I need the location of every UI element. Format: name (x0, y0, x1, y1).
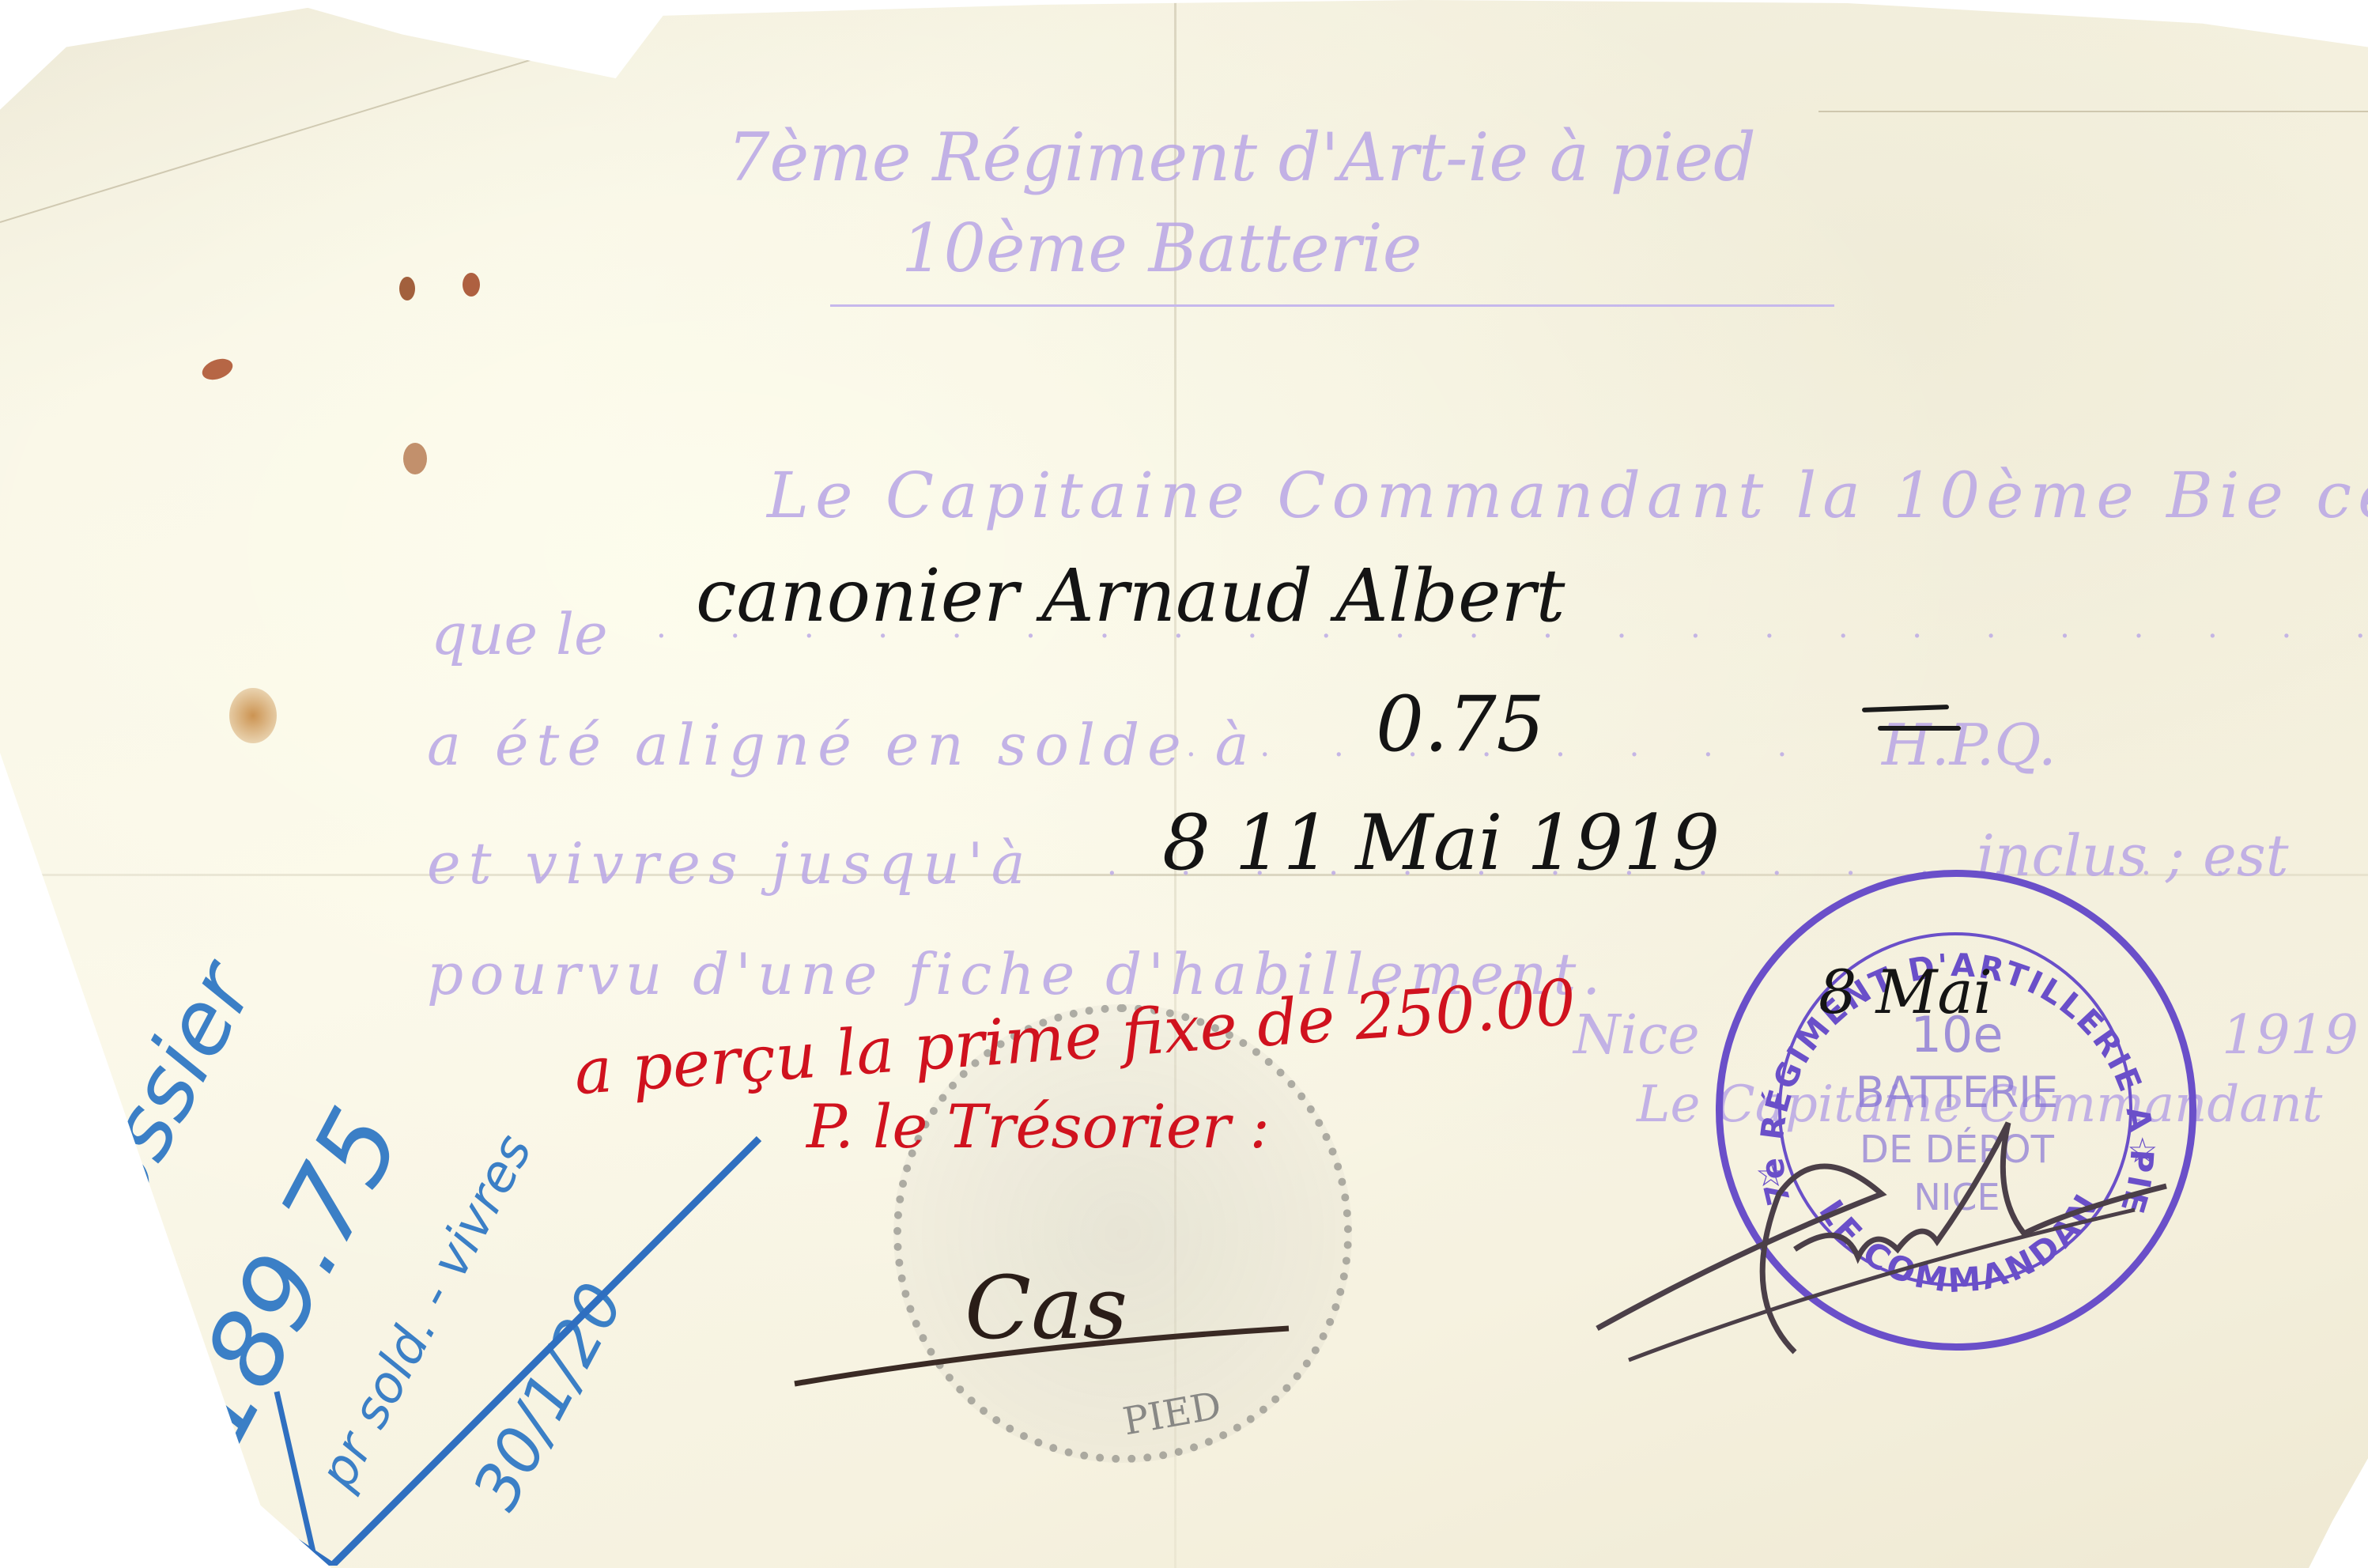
stamp-date: 8 Mai (1818, 957, 1992, 1027)
rust-stain (463, 273, 480, 297)
blue-bracket (269, 1091, 775, 1566)
preprint-line4: et vivres jusqu'à (427, 830, 1033, 897)
pay-rate: 0.75 (1376, 680, 1545, 769)
document-paper: 7ème Régiment d'Art-ie à pied 10ème Batt… (0, 0, 2368, 1568)
preprint-line1: Le Capitaine Commandant la 10ème Bie cer… (767, 459, 2368, 532)
rust-stain (199, 355, 236, 383)
rust-stain (403, 443, 427, 474)
date-handwritten: 8 11 Mai 1919 (1162, 799, 1720, 887)
header-regiment: 7ème Régiment d'Art-ie à pied (727, 119, 1756, 196)
soldier-name: canonier Arnaud Albert (696, 554, 1565, 638)
rust-stain (399, 277, 415, 300)
rust-stain (229, 688, 277, 743)
preprint-line2: que le (431, 601, 608, 667)
commander-signature (1581, 1091, 2182, 1376)
preprint-year: 1919 (2222, 1004, 2359, 1067)
crease-top-left (0, 55, 545, 223)
signature-underline (791, 1297, 1297, 1392)
header-rule (830, 304, 1834, 307)
header-battery: 10ème Batterie (901, 210, 1422, 287)
preprint-place: Nice (1573, 1004, 1700, 1067)
crease-top-right (1818, 111, 2368, 112)
red-annotation-line2: P. le Trésorier : (806, 1091, 1270, 1162)
preprint-line3: a été aligné en solde à (427, 712, 1257, 778)
strike-through (1878, 726, 1961, 731)
preprint-line3-suffix: H.P.Q. (1882, 712, 2056, 778)
blue-ref: Dossier (32, 947, 274, 1281)
